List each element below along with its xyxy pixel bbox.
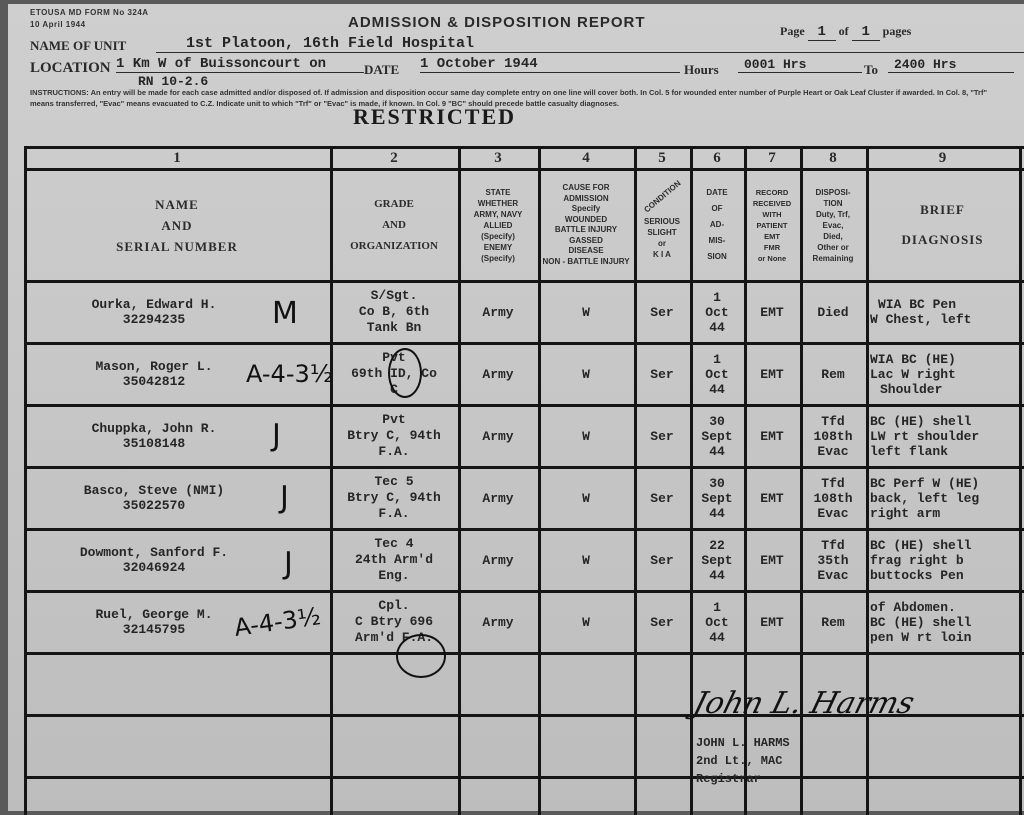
hours-label: Hours [684,62,719,78]
row-2-date: 1Oct44 [690,344,744,404]
registrar-signature: John L. Harms [689,686,918,721]
row-4-disposition: Tfd108thEvac [800,468,866,528]
registrar-title: Registrar [696,770,761,788]
row-4-grade: Tec 5Btry C, 94thF.A. [330,468,458,528]
row-1-record: EMT [744,282,800,342]
hours-to: 2400 Hrs [888,57,1014,73]
row-5-record: EMT [744,530,800,590]
row-4-service: Army [458,468,538,528]
row-1-service: Army [458,282,538,342]
admission-table: 1 2 3 4 5 6 7 8 9 NAMEANDSERIAL NUMBER G… [24,146,1024,811]
row-1-grade: S/Sgt.Co B, 6thTank Bn [330,282,458,342]
date-value: 1 October 1944 [420,56,680,73]
row-5-disposition: Tfd35thEvac [800,530,866,590]
row-6-diagnosis: of Abdomen.BC (HE) shellpen W rt loin [866,592,1023,652]
form-id: ETOUSA MD FORM No 324A [30,8,149,17]
row-5-diagnosis: BC (HE) shellfrag right bbuttocks Pen [866,530,1023,590]
unit-value: 1st Platoon, 16th Field Hospital [156,35,1024,53]
handwritten-mark: M [272,296,298,331]
row-6-condition: Ser [634,592,690,652]
row-1-diagnosis: WIA BC PenW Chest, left [866,282,1023,342]
col-number-1: 1 [24,148,330,168]
row-1-cause: W [538,282,634,342]
row-1-date: 1Oct44 [690,282,744,342]
header-cause: CAUSE FORADMISSIONSpecifyWOUNDEDBATTLE I… [538,170,634,280]
row-2-disposition: Rem [800,344,866,404]
row-3-diagnosis: BC (HE) shellLW rt shoulderleft flank [866,406,1023,466]
form-date: 10 April 1944 [30,20,86,29]
unit-label: NAME OF UNIT [30,38,126,54]
row-3-service: Army [458,406,538,466]
registrar-rank: 2nd Lt., MAC [696,752,782,770]
location-label: LOCATION [30,60,111,77]
row-2-name: Mason, Roger L.35042812 [24,344,284,404]
col-number-8: 8 [800,148,866,168]
ink-circle [388,348,422,398]
handwritten-mark: J [272,418,281,453]
header-grade-organization: GRADEANDORGANIZATION [330,170,458,280]
row-5-condition: Ser [634,530,690,590]
date-label: DATE [364,62,399,78]
header-date-admission: DATEOFAD-MIS-SION [690,170,744,280]
header-name-serial: NAMEANDSERIAL NUMBER [24,170,330,280]
handwritten-mark: J [284,546,293,581]
row-4-diagnosis: BC Perf W (HE)back, left legright arm [866,468,1023,528]
row-1-condition: Ser [634,282,690,342]
row-3-grade: PvtBtry C, 94thF.A. [330,406,458,466]
handwritten-mark: A-4-3½ [246,360,333,388]
row-6-date: 1Oct44 [690,592,744,652]
report-title: ADMISSION & DISPOSITION REPORT [348,14,646,31]
row-2-condition: Ser [634,344,690,404]
ink-circle [396,634,446,678]
row-2-record: EMT [744,344,800,404]
row-1-disposition: Died [800,282,866,342]
registrar-block: JOHN L. HARMS 2nd Lt., MAC Registrar [696,726,856,796]
row-3-cause: W [538,406,634,466]
row-2-cause: W [538,344,634,404]
col-number-9: 9 [866,148,1019,168]
col-number-7: 7 [744,148,800,168]
row-3-name: Chuppka, John R.35108148 [24,406,284,466]
col-number-5: 5 [634,148,690,168]
row-4-name: Basco, Steve (NMI)35022570 [24,468,284,528]
row-4-record: EMT [744,468,800,528]
row-6-record: EMT [744,592,800,652]
row-5-cause: W [538,530,634,590]
row-5-service: Army [458,530,538,590]
header-service: STATEWHETHERARMY, NAVYALLIED(Specify)ENE… [458,170,538,280]
header-diagnosis: BRIEFDIAGNOSIS [866,170,1019,280]
row-3-disposition: Tfd108thEvac [800,406,866,466]
row-6-cause: W [538,592,634,652]
row-2-service: Army [458,344,538,404]
header-disposition: DISPOSI-TIONDuty, Trf,Evac,Died,Other or… [800,170,866,280]
row-5-name: Dowmont, Sanford F.32046924 [24,530,284,590]
registrar-name: JOHN L. HARMS [696,734,790,752]
row-4-cause: W [538,468,634,528]
col-number-6: 6 [690,148,744,168]
row-5-date: 22Sept44 [690,530,744,590]
header-record: RECORDRECEIVEDWITHPATIENTEMTFMRor None [744,170,800,280]
report-page: ETOUSA MD FORM No 324A 10 April 1944 ADM… [8,4,1024,811]
col-number-3: 3 [458,148,538,168]
classification-stamp: RESTRICTED [353,104,516,130]
row-3-date: 30Sept44 [690,406,744,466]
row-3-record: EMT [744,406,800,466]
instructions: INSTRUCTIONS: An entry will be made for … [30,87,1010,109]
to-label: To [864,62,878,78]
header-condition: CONDITION SERIOUSSLIGHTorK I A [634,170,690,280]
row-6-service: Army [458,592,538,652]
row-5-grade: Tec 424th Arm'dEng. [330,530,458,590]
row-3-condition: Ser [634,406,690,466]
row-2-diagnosis: WIA BC (HE)Lac W rightShoulder [866,344,1023,404]
row-4-condition: Ser [634,468,690,528]
row-6-disposition: Rem [800,592,866,652]
handwritten-mark: J [280,480,289,515]
col-number-2: 2 [330,148,458,168]
hours-from: 0001 Hrs [738,57,862,73]
row-4-date: 30Sept44 [690,468,744,528]
row-1-name: Ourka, Edward H.32294235 [24,282,284,342]
col-number-4: 4 [538,148,634,168]
location-value: 1 Km W of Buissoncourt on [116,56,364,73]
